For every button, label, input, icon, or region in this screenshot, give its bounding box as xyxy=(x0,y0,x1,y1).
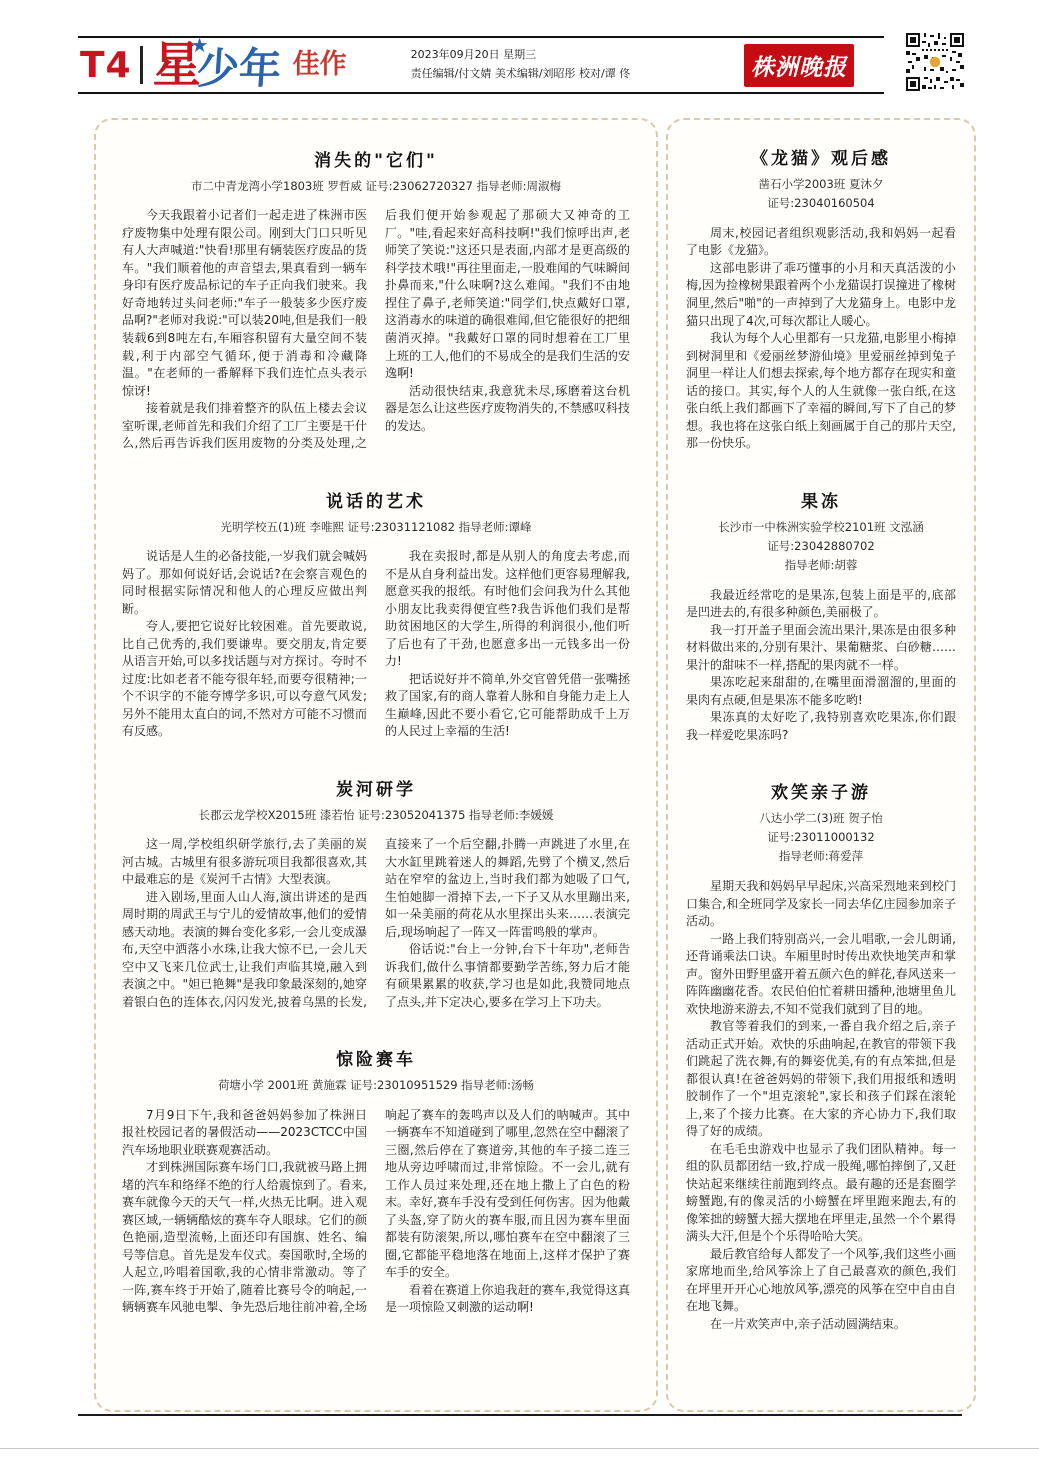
article-byline: 凿石小学2003班 夏沐夕证号:23040160504 xyxy=(686,175,956,213)
right-articles-panel: 《龙猫》观后感 凿石小学2003班 夏沐夕证号:23040160504 周末,校… xyxy=(666,118,976,1412)
qr-code-graphic xyxy=(906,33,964,91)
byline-line: 凿石小学2003班 夏沐夕 xyxy=(686,175,956,194)
paragraph: 这部电影讲了乖巧懂事的小月和天真活泼的小梅,因为捡橡树果跟着两个小龙猫误打误撞进… xyxy=(686,260,956,330)
newspaper-brand: 株洲晚报 xyxy=(744,44,854,87)
article-guodong: 果冻 长沙市一中株洲实验学校2101班 文泓涵证号:23042880702指导老… xyxy=(686,487,956,745)
paragraph: 这一周,学校组织研学旅行,去了美丽的炭河古城。古城里有很多游玩项目我都很喜欢,其… xyxy=(122,836,367,889)
paragraph: 俗话说:"台上一分钟,台下十年功",老师告诉我们,做什么事情都要勤学苦练,努力后… xyxy=(385,941,630,1011)
article-jingxian-saiche: 惊险赛车 荷塘小学 2001班 黄施霖 证号:23010951529 指导老师:… xyxy=(122,1045,630,1317)
article-title: 《龙猫》观后感 xyxy=(686,144,956,169)
article-title: 惊险赛车 xyxy=(122,1045,630,1070)
article-byline: 八达小学二(3)班 贺子怡证号:23011000132指导老师:蒋爱萍 xyxy=(686,809,956,866)
paragraph: 一路上我们特别高兴,一会儿唱歌,一会儿朗诵,还背诵乘法口诀。车厢里时时传出欢快地… xyxy=(686,931,956,1019)
left-articles-panel: 消失的"它们" 市二中青龙湾小学1803班 罗哲威 证号:23062720327… xyxy=(94,118,658,1412)
byline-line: 证号:23011000132 xyxy=(686,828,956,847)
article-byline: 长沙市一中株洲实验学校2101班 文泓涵证号:23042880702指导老师:胡… xyxy=(686,518,956,575)
masthead-bar: T4 星 ★ 少年 佳作 2023年09月20日 星期三 责任编辑/付文婧 美术… xyxy=(78,36,884,94)
article-shuohua-de-yishu: 说话的艺术 光明学校五(1)班 李唯熙 证号:23031121082 指导老师:… xyxy=(122,487,630,741)
paragraph: 我认为每个人心里都有一只龙猫,电影里小梅掉到树洞里和《爱丽丝梦游仙境》里爱丽丝掉… xyxy=(686,330,956,453)
article-title: 炭河研学 xyxy=(122,775,630,800)
paragraph: 星期天我和妈妈早早起床,兴高采烈地来到校门口集合,和全班同学及家长一同去华亿庄园… xyxy=(686,878,956,931)
editors-line: 责任编辑/付文婧 美术编辑/刘昭彤 校对/谭 佟 xyxy=(411,65,631,84)
article-title: 欢笑亲子游 xyxy=(686,778,956,803)
qr-code xyxy=(906,33,964,91)
logo-shaonian-characters: 少年 xyxy=(195,49,282,89)
byline-line: 指导老师:蒋爱萍 xyxy=(686,847,956,866)
paragraph: 活动很快结束,我意犹未尽,琢磨着这台机器是怎么让这些医疗废物消失的,不禁感叹科技… xyxy=(385,383,630,436)
paragraph: 我在卖报时,都是从别人的角度去考虑,而不是从自身利益出发。这样他们更容易理解我,… xyxy=(385,548,630,671)
paragraph: 周末,校园记者组织观影活动,我和妈妈一起看了电影《龙猫》。 xyxy=(686,225,956,260)
newspaper-page: T4 星 ★ 少年 佳作 2023年09月20日 星期三 责任编辑/付文婧 美术… xyxy=(0,0,1039,1459)
section-subtitle: 佳作 xyxy=(293,50,347,80)
page-number-label: T4 xyxy=(80,45,132,86)
paragraph: 果冻吃起来甜甜的,在嘴里面滑溜溜的,里面的果肉有点硬,但是果冻不能多吃哟! xyxy=(686,674,956,709)
section-logo: 星 ★ 少年 xyxy=(153,41,281,89)
byline-line: 证号:23042880702 xyxy=(686,537,956,556)
paragraph: 我最近经常吃的是果冻,包装上面是平的,底部是凹进去的,有很多种颜色,美丽极了。 xyxy=(686,587,956,622)
article-title: 说话的艺术 xyxy=(122,487,630,512)
article-body: 周末,校园记者组织观影活动,我和妈妈一起看了电影《龙猫》。这部电影讲了乖巧懂事的… xyxy=(686,225,956,453)
paragraph: 看着在赛道上你追我赶的赛车,我觉得这真是一项惊险又刺激的运动啊! xyxy=(385,1282,630,1317)
footer-rule xyxy=(78,1414,962,1416)
paragraph: 7月9日下午,我和爸爸妈妈参加了株洲日报社校园记者的暑假活动——2023CTCC… xyxy=(122,1107,367,1160)
paragraph: 把话说好并不简单,外交官曾凭借一张嘴拯救了国家,有的商人靠着人脉和自身能力走上人… xyxy=(385,671,630,741)
article-xiaoshi-de-tamen: 消失的"它们" 市二中青龙湾小学1803班 罗哲威 证号:23062720327… xyxy=(122,146,630,453)
header-divider xyxy=(140,46,143,84)
paragraph: 最后教官给每人都发了一个风筝,我们这些小画家席地而坐,给风筝涂上了自己最喜欢的颜… xyxy=(686,1246,956,1316)
paragraph: 今天我跟着小记者们一起走进了株洲市医疗废物集中处理有限公司。刚到大门口只听见有人… xyxy=(122,207,367,400)
article-title: 消失的"它们" xyxy=(122,146,630,171)
byline-line: 指导老师:胡蓉 xyxy=(686,556,956,575)
article-byline: 市二中青龙湾小学1803班 罗哲威 证号:23062720327 指导老师:周淑… xyxy=(122,177,630,195)
byline-line: 长沙市一中株洲实验学校2101班 文泓涵 xyxy=(686,518,956,537)
paragraph: 夸人,要把它说好比较困难。首先要敢说,比自己优秀的,我们要谦卑。要交朋友,肯定要… xyxy=(122,618,367,741)
article-title: 果冻 xyxy=(686,487,956,512)
article-tanhe-yanxue: 炭河研学 长郡云龙学校X2015班 漆若怡 证号:23052041375 指导老… xyxy=(122,775,630,1012)
paragraph: 我一打开盖子里面会流出果汁,果冻是由很多种材料做出来的,分别有果汁、果葡糖浆、白… xyxy=(686,622,956,675)
paragraph: 教官等着我们的到来,一番自我介绍之后,亲子活动正式开始。欢快的乐曲响起,在教官的… xyxy=(686,1018,956,1141)
article-byline: 长郡云龙学校X2015班 漆若怡 证号:23052041375 指导老师:李媛媛 xyxy=(122,806,630,824)
article-byline: 光明学校五(1)班 李唯熙 证号:23031121082 指导老师:谭峰 xyxy=(122,518,630,536)
article-body: 星期天我和妈妈早早起床,兴高采烈地来到校门口集合,和全班同学及家长一同去华亿庄园… xyxy=(686,878,956,1333)
article-huanxiao-qinziyou: 欢笑亲子游 八达小学二(3)班 贺子怡证号:23011000132指导老师:蒋爱… xyxy=(686,778,956,1333)
byline-line: 八达小学二(3)班 贺子怡 xyxy=(686,809,956,828)
paragraph: 在一片欢笑声中,亲子活动圆满结束。 xyxy=(686,1316,956,1334)
header-meta: 2023年09月20日 星期三 责任编辑/付文婧 美术编辑/刘昭彤 校对/谭 佟 xyxy=(411,46,631,83)
article-body: 说话是人生的必备技能,一岁我们就会喊妈妈了。那如何说好话,会说话?在会察言观色的… xyxy=(122,548,630,741)
date-line: 2023年09月20日 星期三 xyxy=(411,46,631,65)
footer-rule-bottom xyxy=(0,1448,1039,1449)
article-byline: 荷塘小学 2001班 黄施霖 证号:23010951529 指导老师:汤畅 xyxy=(122,1076,630,1094)
article-body: 今天我跟着小记者们一起走进了株洲市医疗废物集中处理有限公司。刚到大门口只听见有人… xyxy=(122,207,630,452)
article-longmao-guanhougan: 《龙猫》观后感 凿石小学2003班 夏沐夕证号:23040160504 周末,校… xyxy=(686,144,956,453)
article-body: 我最近经常吃的是果冻,包装上面是平的,底部是凹进去的,有很多种颜色,美丽极了。我… xyxy=(686,587,956,745)
article-body: 7月9日下午,我和爸爸妈妈参加了株洲日报社校园记者的暑假活动——2023CTCC… xyxy=(122,1107,630,1317)
article-body: 这一周,学校组织研学旅行,去了美丽的炭河古城。古城里有很多游玩项目我都很喜欢,其… xyxy=(122,836,630,1011)
paragraph: 果冻真的太好吃了,我特别喜欢吃果冻,你们跟我一样爱吃果冻吗? xyxy=(686,709,956,744)
byline-line: 证号:23040160504 xyxy=(686,194,956,213)
paragraph: 说话是人生的必备技能,一岁我们就会喊妈妈了。那如何说好话,会说话?在会察言观色的… xyxy=(122,548,367,618)
paragraph: 在毛毛虫游戏中也显示了我们团队精神。每一组的队员都团结一致,拧成一股绳,哪怕摔倒… xyxy=(686,1141,956,1246)
